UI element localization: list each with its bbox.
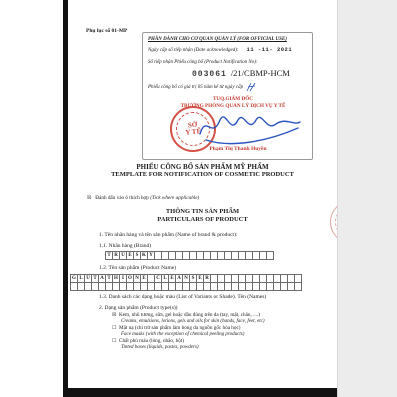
approval-stamp-block: TUQ.GIÁM ĐỐC TRƯỞNG PHÒNG QUẢN LÝ DỊCH V… xyxy=(148,96,307,160)
notification-number-label: Số tiếp nhận Phiếu công bố (Product Noti… xyxy=(148,60,307,65)
product-name-label: 1.2. Tên sản phẩm (Product Name) xyxy=(99,265,176,271)
grid-cell xyxy=(266,251,274,260)
signer-title-1: TUQ.GIÁM ĐỐC xyxy=(158,96,308,102)
official-use-box: PHẦN DÀNH CHO CƠ QUAN QUẢN LÝ (FOR OFFIC… xyxy=(142,32,313,160)
official-use-heading: PHẦN DÀNH CHO CƠ QUAN QUẢN LÝ (FOR OFFIC… xyxy=(148,37,307,42)
grid-cell xyxy=(294,282,302,291)
tick-instruction: ☒ Đánh dấu vào ô thích hợp (Tick where a… xyxy=(87,195,199,201)
product-type-en: Creams, emulsions, lotions, gels and oil… xyxy=(121,319,265,325)
checkbox-checked-icon: ☒ xyxy=(112,313,119,319)
document-title-vi: PHIẾU CÔNG BỐ SẢN PHẨM MỸ PHẨM xyxy=(68,163,337,171)
scan-left-edge-bar xyxy=(63,0,68,397)
section-particulars-heading: THÔNG TIN SẢN PHẨM PARTICULARS OF PRODUC… xyxy=(68,208,337,224)
tick-instruction-checkbox-icon: ☒ xyxy=(87,195,94,201)
section-heading-vi: THÔNG TIN SẢN PHẨM xyxy=(68,208,337,216)
notification-number-stamp: 003061 xyxy=(192,70,227,79)
initials-mark-icon xyxy=(245,82,257,92)
validity-note: Phiếu công bố có giá trị 05 năm kể từ ng… xyxy=(148,85,243,90)
brand-letter-grid: TRUESKY xyxy=(105,251,273,260)
section-heading-en: PARTICULARS OF PRODUCT xyxy=(68,216,337,224)
checkbox-unchecked-icon: ☐ xyxy=(112,326,119,332)
tick-instruction-en: (Tick where applicable) xyxy=(150,195,199,201)
product-type-checklist: ☒Kem, nhũ tương, sữa, gel hoặc dầu dùng … xyxy=(112,313,265,352)
notification-number-suffix: /21/CBMP-HCM xyxy=(231,68,290,78)
product-type-vi: ☒Kem, nhũ tương, sữa, gel hoặc dầu dùng … xyxy=(112,313,265,319)
scanned-document-page: Phụ lục số 01-MP PHẦN DÀNH CHO CƠ QUAN Q… xyxy=(0,0,397,397)
date-stamp: 11 -11- 2021 xyxy=(247,46,293,53)
variants-label: 1.3. Danh sách các dạng hoặc màu (List o… xyxy=(99,294,266,300)
partial-edge-stamp-clip xyxy=(326,196,337,252)
grid-row xyxy=(70,282,301,291)
document-title-en: TEMPLATE FOR NOTIFICATION OF COSMETIC PR… xyxy=(68,171,337,178)
product-type-item: ☐Chất phủ màu (lỏng, nhão, bột)Tinted ba… xyxy=(112,339,265,350)
product-type-label: 2. Dạng sản phẩm (Product type(s)) xyxy=(99,305,178,311)
appendix-label: Phụ lục số 01-MP xyxy=(86,28,127,34)
product-type-en: Tinted bases (liquids, pastes, powders) xyxy=(121,345,265,351)
signature-icon xyxy=(194,108,306,148)
tick-instruction-vi: Đánh dấu vào ô thích hợp xyxy=(95,195,149,201)
checkbox-unchecked-icon: ☐ xyxy=(112,339,119,345)
scan-background-strip xyxy=(337,0,397,397)
grid-row: TRUESKY xyxy=(105,251,273,260)
date-acknowledged-label: Ngày cấp số tiếp nhận (Date acknowledged… xyxy=(148,48,239,53)
product-type-en: Face masks (with the exception of chemic… xyxy=(121,332,265,338)
document-title: PHIẾU CÔNG BỐ SẢN PHẨM MỸ PHẨM TEMPLATE … xyxy=(68,163,337,178)
product-type-item: ☐Mặt nạ (chỉ trừ sản phẩm làm bong da ng… xyxy=(112,326,265,337)
signer-name: Phạm Thị Thanh Huyền xyxy=(168,146,308,152)
product-type-item: ☒Kem, nhũ tương, sữa, gel hoặc dầu dùng … xyxy=(112,313,265,324)
product-name-letter-grid: GLUTATHIONECLEANSER xyxy=(70,274,301,291)
item1-label: 1. Tên nhãn hàng và tên sản phẩm (Name o… xyxy=(99,232,237,238)
brand-label: 1.1. Nhãn hàng (Brand) xyxy=(99,243,151,249)
scan-bottom-edge-bar xyxy=(63,388,337,397)
